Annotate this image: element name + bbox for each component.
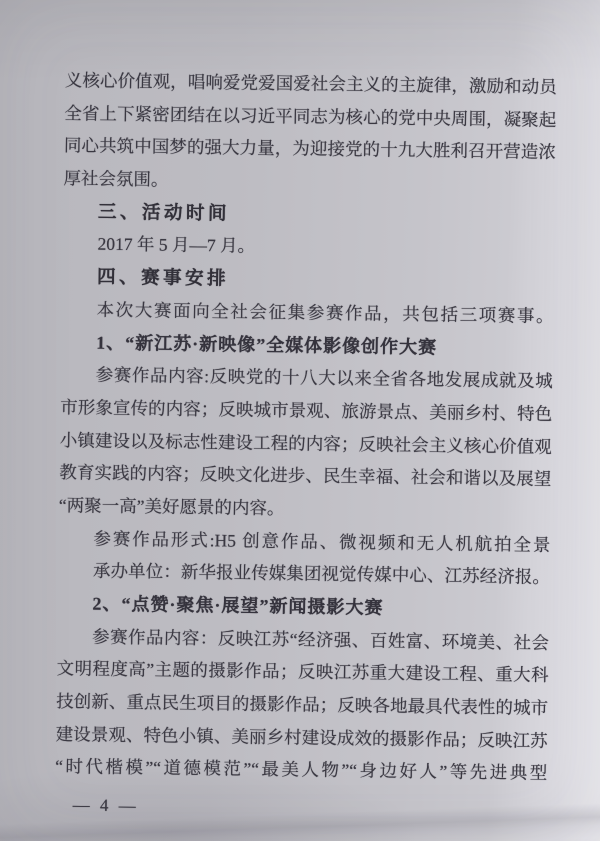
document-body-lines: 义核心价值观，唱响爱党爱国爱社会主义的主旋律，激励和动员全省上下紧密团结在以习近… xyxy=(55,64,557,790)
photographed-document-page: 义核心价值观，唱响爱党爱国爱社会主义的主旋律，激励和动员全省上下紧密团结在以习近… xyxy=(0,0,600,841)
body-text-line: “时代楷模”“道德模范”“最美人物”“身边好人”等先进典型 xyxy=(55,751,547,791)
page-number: — 4 — xyxy=(72,789,546,828)
document-body: 义核心价值观，唱响爱党爱国爱社会主义的主旋律，激励和动员全省上下紧密团结在以习近… xyxy=(54,64,557,829)
